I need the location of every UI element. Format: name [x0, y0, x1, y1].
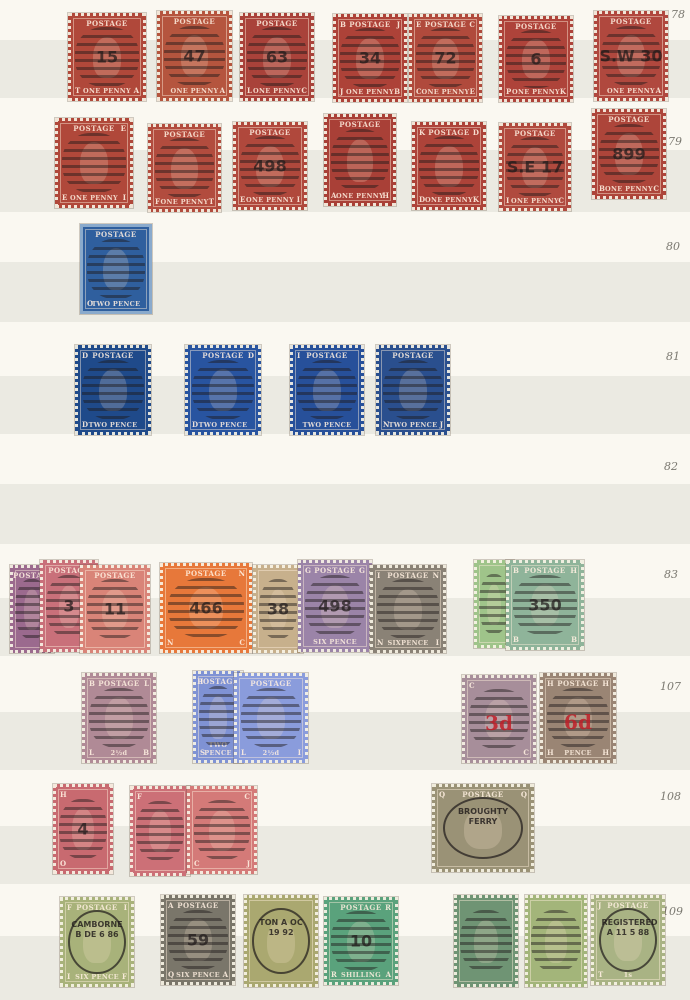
stamp: POSTAGEONE PENNYPK6 [499, 16, 573, 102]
stamp-header: POSTAGE [597, 17, 665, 26]
stamp: POSTAGEONE PENNYLC63 [240, 13, 314, 101]
cancel-number: 63 [266, 48, 288, 67]
corner-letter: Q [521, 790, 527, 799]
corner-letter: E [121, 124, 126, 133]
corner-letter: C [558, 196, 564, 205]
corner-letter: B [340, 20, 346, 29]
corner-letter: N [167, 638, 173, 647]
corner-letter: D [82, 420, 88, 429]
stamp-header: POSTAGE [293, 351, 361, 360]
corner-letter: C [244, 792, 250, 801]
row-label: 108 [660, 790, 681, 803]
cancel-number: S.W 30 [599, 47, 662, 66]
stamp-value: SIXPENCE [373, 639, 443, 647]
corner-letter: B [571, 635, 577, 644]
corner-letter: J [440, 420, 443, 429]
stamp: POSTAGEONE PENNYAS.W 30 [594, 11, 668, 101]
corner-letter: O [87, 299, 93, 308]
corner-letter: G [359, 566, 365, 575]
stamp-value: ONE PENNY [236, 196, 304, 204]
stamp: POSTAGEONE PENNYAH [324, 114, 396, 206]
corner-letter: A [656, 86, 661, 95]
cancel-number: 38 [267, 600, 289, 619]
stock-book-page: 787980818283107108109 POSTAGEONE PENNYTA… [0, 0, 690, 1000]
corner-letter: N [239, 569, 245, 578]
album-strip-white [0, 434, 690, 484]
corner-letter: H [547, 748, 554, 757]
corner-letter: E [470, 87, 475, 96]
stamp: POSTAGEONE PENNYBJJB34 [333, 14, 407, 102]
stamp-value: SIX PENCE [63, 973, 131, 981]
barred-cancel-icon [297, 360, 357, 421]
barred-cancel-icon [89, 688, 149, 749]
stamp [525, 895, 587, 987]
barred-cancel-icon [199, 686, 238, 748]
row-label: 82 [664, 460, 678, 473]
stamp: POSTAGENNC466 [160, 563, 252, 653]
corner-letter: R [385, 903, 391, 912]
barred-cancel-icon [82, 360, 144, 421]
surcharge-overprint: 3d [485, 711, 513, 735]
stamp: TON A OC 19 92 [244, 895, 318, 987]
cancel-number: 59 [187, 931, 209, 950]
cancel-number: 47 [183, 47, 205, 66]
stamp-value: ONE PENNY [58, 194, 130, 202]
corner-letter: E [240, 195, 245, 204]
corner-letter: D [419, 195, 425, 204]
stamp-value: TWO PENCE [188, 421, 258, 429]
corner-letter: F [155, 197, 160, 206]
cancel-number: 498 [253, 157, 286, 176]
row-label: 81 [666, 350, 680, 363]
corner-letter: C [469, 681, 475, 690]
stamp: 38 [253, 565, 303, 653]
circular-datestamp: TON A OC 19 92 [252, 908, 309, 973]
stamp-header: POSTAGE [379, 351, 447, 360]
corner-letter: J [598, 901, 601, 910]
stamp-header: POSTAGE [160, 17, 229, 26]
stamp: POSTAGEQQBROUGHTY FERRY [432, 784, 534, 872]
corner-letter: C [239, 638, 245, 647]
corner-letter: I [200, 677, 203, 686]
barred-cancel-icon [241, 688, 301, 749]
stamp: POSTAGEONE PENNYEEI [55, 118, 133, 208]
circular-datestamp: BROUGHTY FERRY [443, 797, 524, 859]
cancel-number: 6 [530, 50, 541, 69]
corner-letter: N [377, 638, 383, 647]
row-label: 83 [664, 568, 678, 581]
stamp: POSTAGETWO PENCEDD [75, 345, 151, 435]
row-label: 80 [666, 240, 680, 253]
corner-letter: J [397, 20, 400, 29]
row-label: 109 [662, 905, 683, 918]
album-strip-gray [0, 484, 690, 546]
corner-letter: A [386, 970, 391, 979]
corner-letter: H [570, 566, 577, 575]
stamp-header: POSTAGE [58, 124, 130, 133]
stamp-header: POSTAGE [164, 901, 232, 910]
corner-letter: A [331, 191, 336, 200]
corner-letter: B [599, 184, 605, 193]
barred-cancel-icon [331, 129, 389, 191]
corner-letter: C [523, 748, 529, 757]
stamp: POSTAGEONE PENNYTA15 [68, 13, 146, 101]
stamp-header: POSTAGE [78, 351, 148, 360]
corner-letter: J [247, 859, 250, 868]
barred-cancel-icon [460, 910, 511, 972]
cancel-number: S.E 17 [507, 158, 563, 177]
stamp: POSTAGEONE PENNYKDDK [412, 122, 486, 210]
corner-letter: A [168, 901, 173, 910]
corner-letter: K [560, 87, 566, 96]
corner-letter: F [122, 972, 127, 981]
stamp: POSTAGESIX PENCEAQA59 [161, 895, 235, 985]
corner-letter: D [473, 128, 479, 137]
corner-letter: B [89, 679, 95, 688]
corner-letter: Q [439, 790, 445, 799]
stamp: CC3d [462, 675, 536, 763]
surcharge-overprint: 6d [564, 710, 592, 734]
cancel-number: 15 [96, 48, 118, 67]
corner-letter: I [67, 972, 70, 981]
corner-letter: J [340, 87, 343, 96]
corner-letter: C [653, 184, 659, 193]
stamp: POSTAGEBHBB350 [506, 560, 584, 650]
corner-letter: N [383, 420, 389, 429]
corner-letter: Q [168, 970, 174, 979]
corner-letter: L [144, 679, 149, 688]
stamp-header: POSTAGE [327, 120, 393, 129]
row-label: 78 [671, 8, 685, 21]
stamp-header: POSTAGE [83, 230, 149, 239]
barred-cancel-icon [531, 910, 580, 972]
stamp-value: 1s [594, 971, 662, 979]
corner-letter: B [513, 566, 519, 575]
corner-letter: I [436, 638, 439, 647]
corner-letter: K [473, 195, 479, 204]
stamp: POSTAGETWO PENCEO [80, 224, 152, 314]
cancel-number: 34 [359, 49, 381, 68]
stamp: POSTAGEPENCEHHHH6d [540, 673, 616, 763]
corner-letter: A [134, 86, 139, 95]
stamp: POSTAGE11 [80, 565, 150, 653]
stamp-value: SIX PENCE [301, 638, 369, 646]
cancel-number: 72 [434, 49, 456, 68]
circular-datestamp: CAMBORNE B DE 6 86 [68, 910, 125, 974]
cancel-number: 3 [63, 597, 74, 616]
stamp: POSTAGEONE PENNYECCE72 [409, 14, 482, 102]
corner-letter: H [382, 191, 389, 200]
corner-letter: R [331, 970, 337, 979]
corner-letter: I [298, 748, 301, 757]
stamp: HO4 [53, 784, 113, 874]
corner-letter: T [75, 86, 80, 95]
corner-letter: K [419, 128, 425, 137]
stamp: POSTAGESIX PENCEGG498 [298, 560, 372, 652]
row-label: 107 [660, 680, 681, 693]
cancel-number: 350 [528, 596, 561, 615]
corner-letter: B [143, 748, 149, 757]
stamp-value: 2½d [237, 749, 305, 757]
barred-cancel-icon [419, 136, 479, 195]
corner-letter: L [247, 86, 252, 95]
corner-letter: G [305, 566, 311, 575]
corner-letter: B [394, 87, 400, 96]
corner-letter: C [194, 859, 200, 868]
corner-letter: F [67, 903, 72, 912]
stamp: POSTAGEONE PENNYEI498 [233, 122, 307, 210]
corner-letter: C [301, 86, 307, 95]
corner-letter: H [547, 679, 554, 688]
corner-letter: C [416, 87, 422, 96]
stamp: POSTAGETWO PENCENJ [376, 345, 450, 435]
barred-cancel-icon [192, 360, 254, 421]
stamp: POSTAGESHILLINGRRA10 [324, 897, 398, 985]
corner-letter: A [220, 86, 225, 95]
stamp: POSTAGE2½dLI [234, 673, 308, 763]
corner-letter: H [602, 679, 609, 688]
corner-letter: N [433, 571, 439, 580]
stamp: POSTAGEONE PENNYFT [148, 124, 221, 212]
corner-letter: E [62, 193, 67, 202]
corner-letter: I [124, 903, 127, 912]
corner-letter: H [60, 790, 67, 799]
corner-letter: L [241, 748, 246, 757]
corner-letter: O [60, 859, 66, 868]
stamp: POSTAGEONE PENNYBC899 [592, 109, 666, 199]
cancel-number: 10 [350, 932, 372, 951]
cancel-number: 466 [189, 599, 222, 618]
barred-cancel-icon [155, 138, 214, 197]
cancel-number: 4 [77, 820, 88, 839]
corner-letter: D [82, 351, 88, 360]
corner-letter: I [377, 571, 380, 580]
row-label: 79 [668, 135, 682, 148]
corner-letter: A [223, 970, 228, 979]
corner-letter: H [602, 748, 609, 757]
corner-letter: I [506, 196, 509, 205]
barred-cancel-icon [377, 579, 439, 638]
barred-cancel-icon [62, 133, 125, 194]
cancel-number: 11 [104, 600, 126, 619]
corner-letter: T [209, 197, 214, 206]
stamp-value: ONE PENNY [71, 87, 143, 95]
cancel-number: 899 [612, 145, 645, 164]
corner-letter: D [192, 420, 198, 429]
stamp: POSTAGETWO PENCEDD [185, 345, 261, 435]
corner-letter: S [200, 748, 205, 757]
stamp: CCJ [187, 786, 257, 874]
stamp-header: POSTAGE [163, 569, 249, 578]
corner-letter: I [297, 351, 300, 360]
corner-letter: T [598, 970, 603, 979]
stamp: POSTAGE1sJTREGISTERED A 11 5 88 [591, 895, 665, 985]
stamp [454, 895, 518, 987]
stamp-value: TWO PENCE [293, 421, 361, 429]
barred-cancel-icon [194, 800, 250, 859]
corner-letter: L [89, 748, 94, 757]
cancel-number: 498 [318, 597, 351, 616]
circular-datestamp: REGISTERED A 11 5 88 [599, 908, 656, 972]
corner-letter: I [297, 195, 300, 204]
barred-cancel-icon [479, 574, 509, 633]
barred-cancel-icon [383, 360, 443, 421]
stamp-header: POSTAGE [85, 679, 153, 688]
stamp-header: POSTAGE [595, 115, 663, 124]
stamp: F [130, 786, 190, 876]
stamp: POSTAGETWO PENCEI [290, 345, 364, 435]
stamp-header: POSTAGE [237, 679, 305, 688]
barred-cancel-icon [87, 239, 145, 300]
corner-letter: P [506, 87, 511, 96]
corner-letter: E [416, 20, 421, 29]
corner-letter: I [123, 193, 126, 202]
corner-letter: C [469, 20, 475, 29]
stamp: POSTAGESIXPENCEINNI [370, 565, 446, 653]
stamp: POSTAGEONE PENNYICS.E 17 [499, 123, 571, 211]
stamp: POSTAGE2½dBLLB [82, 673, 156, 763]
corner-letter: F [137, 792, 142, 801]
stamp-value: TWO PENCE [78, 421, 148, 429]
stamp: POSTAGESIX PENCEFIIFCAMBORNE B DE 6 86 [60, 897, 134, 987]
corner-letter: B [513, 635, 519, 644]
barred-cancel-icon [136, 801, 184, 862]
corner-letter: D [248, 351, 254, 360]
stamp: POSTAGEONE PENNYA47 [157, 11, 232, 101]
